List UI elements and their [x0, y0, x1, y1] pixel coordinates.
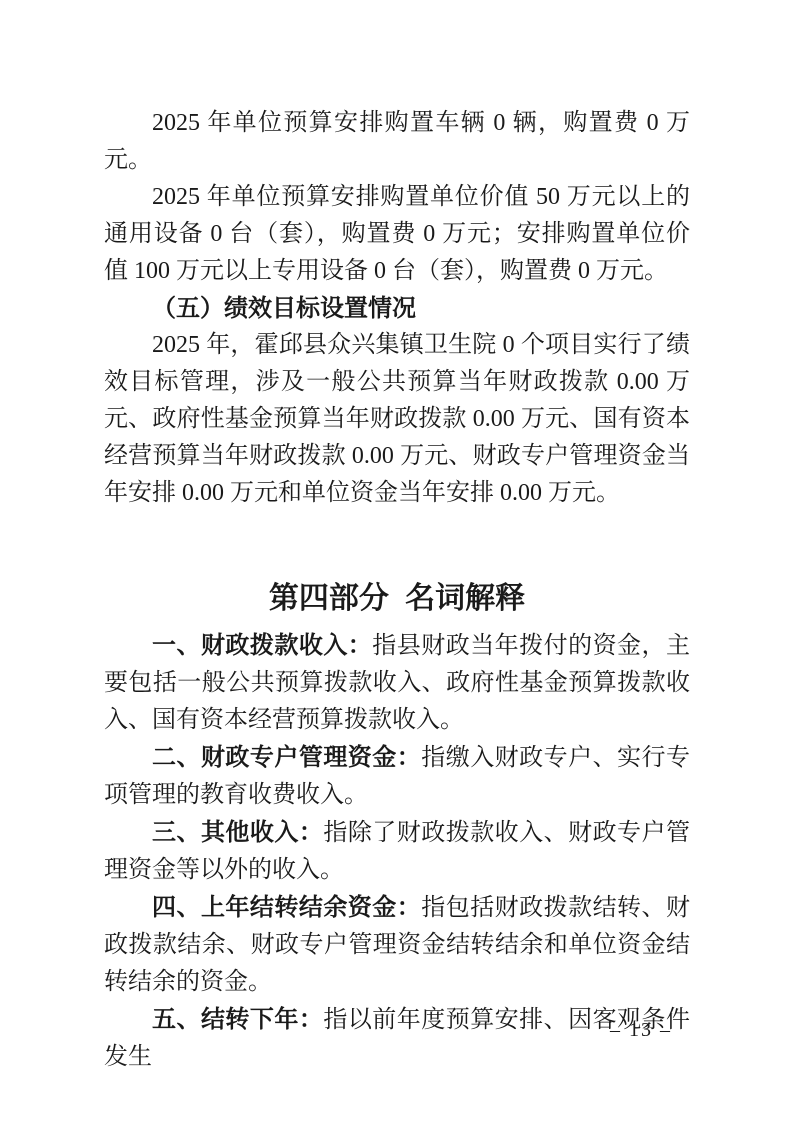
definition-item-fiscal-appropriation: 一、财政拨款收入：指县财政当年拨付的资金，主要包括一般公共预算拨款收入、政府性基… [104, 627, 690, 739]
page-number: – 13 – [610, 1018, 672, 1042]
definition-term: 一、财政拨款收入： [152, 632, 372, 659]
part4-section-title: 第四部分 名词解释 [104, 574, 690, 624]
paragraph-performance-targets: 2025 年，霍邱县众兴集镇卫生院 0 个项目实行了绩效目标管理，涉及一般公共预… [104, 327, 690, 512]
paragraph-equipment-budget: 2025 年单位预算安排购置单位价值 50 万元以上的通用设备 0 台（套），购… [104, 179, 690, 290]
definition-term: 二、财政专户管理资金： [152, 744, 421, 771]
document-page: 2025 年单位预算安排购置车辆 0 辆，购置费 0 万元。 2025 年单位预… [0, 0, 793, 1122]
definition-item-carryover-next-year: 五、结转下年：指以前年度预算安排、因客观条件发生 [104, 1001, 690, 1076]
definition-item-carryover-surplus: 四、上年结转结余资金：指包括财政拨款结转、财政拨款结余、财政专户管理资金结转结余… [104, 889, 690, 1001]
definition-term: 四、上年结转结余资金： [152, 894, 421, 921]
definition-item-special-account-funds: 二、财政专户管理资金：指缴入财政专户、实行专项管理的教育收费收入。 [104, 739, 690, 814]
document-body: 2025 年单位预算安排购置车辆 0 辆，购置费 0 万元。 2025 年单位预… [104, 105, 690, 1076]
section-heading-performance-targets: （五）绩效目标设置情况 [104, 290, 690, 327]
definition-term: 三、其他收入： [152, 819, 323, 846]
definition-item-other-income: 三、其他收入：指除了财政拨款收入、财政专户管理资金等以外的收入。 [104, 814, 690, 889]
paragraph-vehicle-budget: 2025 年单位预算安排购置车辆 0 辆，购置费 0 万元。 [104, 105, 690, 179]
definition-term: 五、结转下年： [152, 1006, 323, 1033]
